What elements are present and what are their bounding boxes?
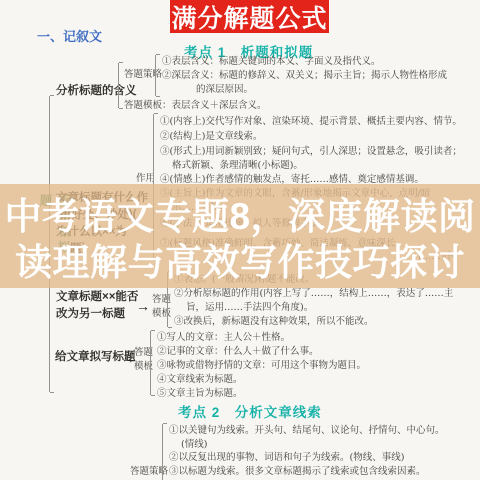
role-line: ①(内容上)交代写作对象、渲染环境、提示背景、概括主要内容、情节。 xyxy=(160,116,462,127)
block1-strategy-brace xyxy=(155,55,160,96)
block4-brace xyxy=(150,331,155,395)
block1-label: 分析标题的含义 xyxy=(56,85,137,98)
clue-line: ①以关键句为线索。开头句、结尾句、议论句、抒情句、中心句。 xyxy=(169,425,445,436)
block3-label-line: 文章标题××能否 xyxy=(56,291,138,304)
kaodian2-brace xyxy=(162,424,167,480)
title-item: ①写人的文章：主人公＋性格。 xyxy=(157,332,290,343)
template-item: ②分析原标题的作用(内容上写了……，结构上……，表达了……主 xyxy=(174,288,453,299)
strategy-line: ②深层含义：标题的修辞义、双关义；揭示主旨；揭示人物性格形成 xyxy=(162,70,447,81)
overlay-title-line1: 中考语文专题8，深度解读阅 xyxy=(0,194,480,240)
arrow-icon: → xyxy=(121,350,135,366)
role-line: 格式新颖、条理清晰(小标题)。 xyxy=(172,160,303,171)
clue-line: ③以标题为线索。很多文章标题揭示了线索或包含线索因素。 xyxy=(169,466,426,477)
template-line: 答题模板：表层含义＋深层含义。 xyxy=(124,100,267,111)
arrow-icon: → xyxy=(136,298,150,314)
template-item: ③改换后，新标题没有这种效果，所以不能改。 xyxy=(174,316,374,327)
role-line: ③(形式上)用词新颖别致；疑问句式，引人深思；设置悬念，吸引读者； xyxy=(160,146,462,157)
title-item: ③咏物或借物抒情的文章：可用这个事物为题目。 xyxy=(157,360,366,371)
section-label: 一、记叙文 xyxy=(37,26,102,45)
kaodian2-heading: 考点 2 分析文章线索 xyxy=(178,401,322,421)
page-title-banner: 满分解题公式 xyxy=(170,0,329,33)
strategy-line: ①表层含义：标题关键词的本义、字面义及指代义。 xyxy=(162,56,381,67)
overlay-title-line2: 读理解与高效写作技巧探讨 xyxy=(0,240,480,286)
role-line: ②(结构上)是文章线索。 xyxy=(160,131,262,142)
strategy-line: 的深层原因。 xyxy=(196,84,253,95)
block3-label-line: 改为另一标题 xyxy=(56,308,125,321)
title-item: ④文章线索为标题。 xyxy=(157,374,243,385)
title-item: ⑤文章主旨为标题。 xyxy=(157,388,243,399)
clue-line: (情线) xyxy=(181,439,207,450)
title-item: ②记事的文章：什么人＋做了什么事。 xyxy=(157,346,319,357)
clue-line: ②以反复出现的事物、词语和句子为线索。(物线、事线) xyxy=(169,452,404,463)
block1-brace xyxy=(118,63,123,108)
study-guide-page: 满分解题公式 一、记叙文 考点 1 析题和拟题 析题和拟题 分析标题的含义 答题… xyxy=(0,0,480,480)
template-item: 旨，运用……手法四个角度)。 xyxy=(186,302,313,313)
